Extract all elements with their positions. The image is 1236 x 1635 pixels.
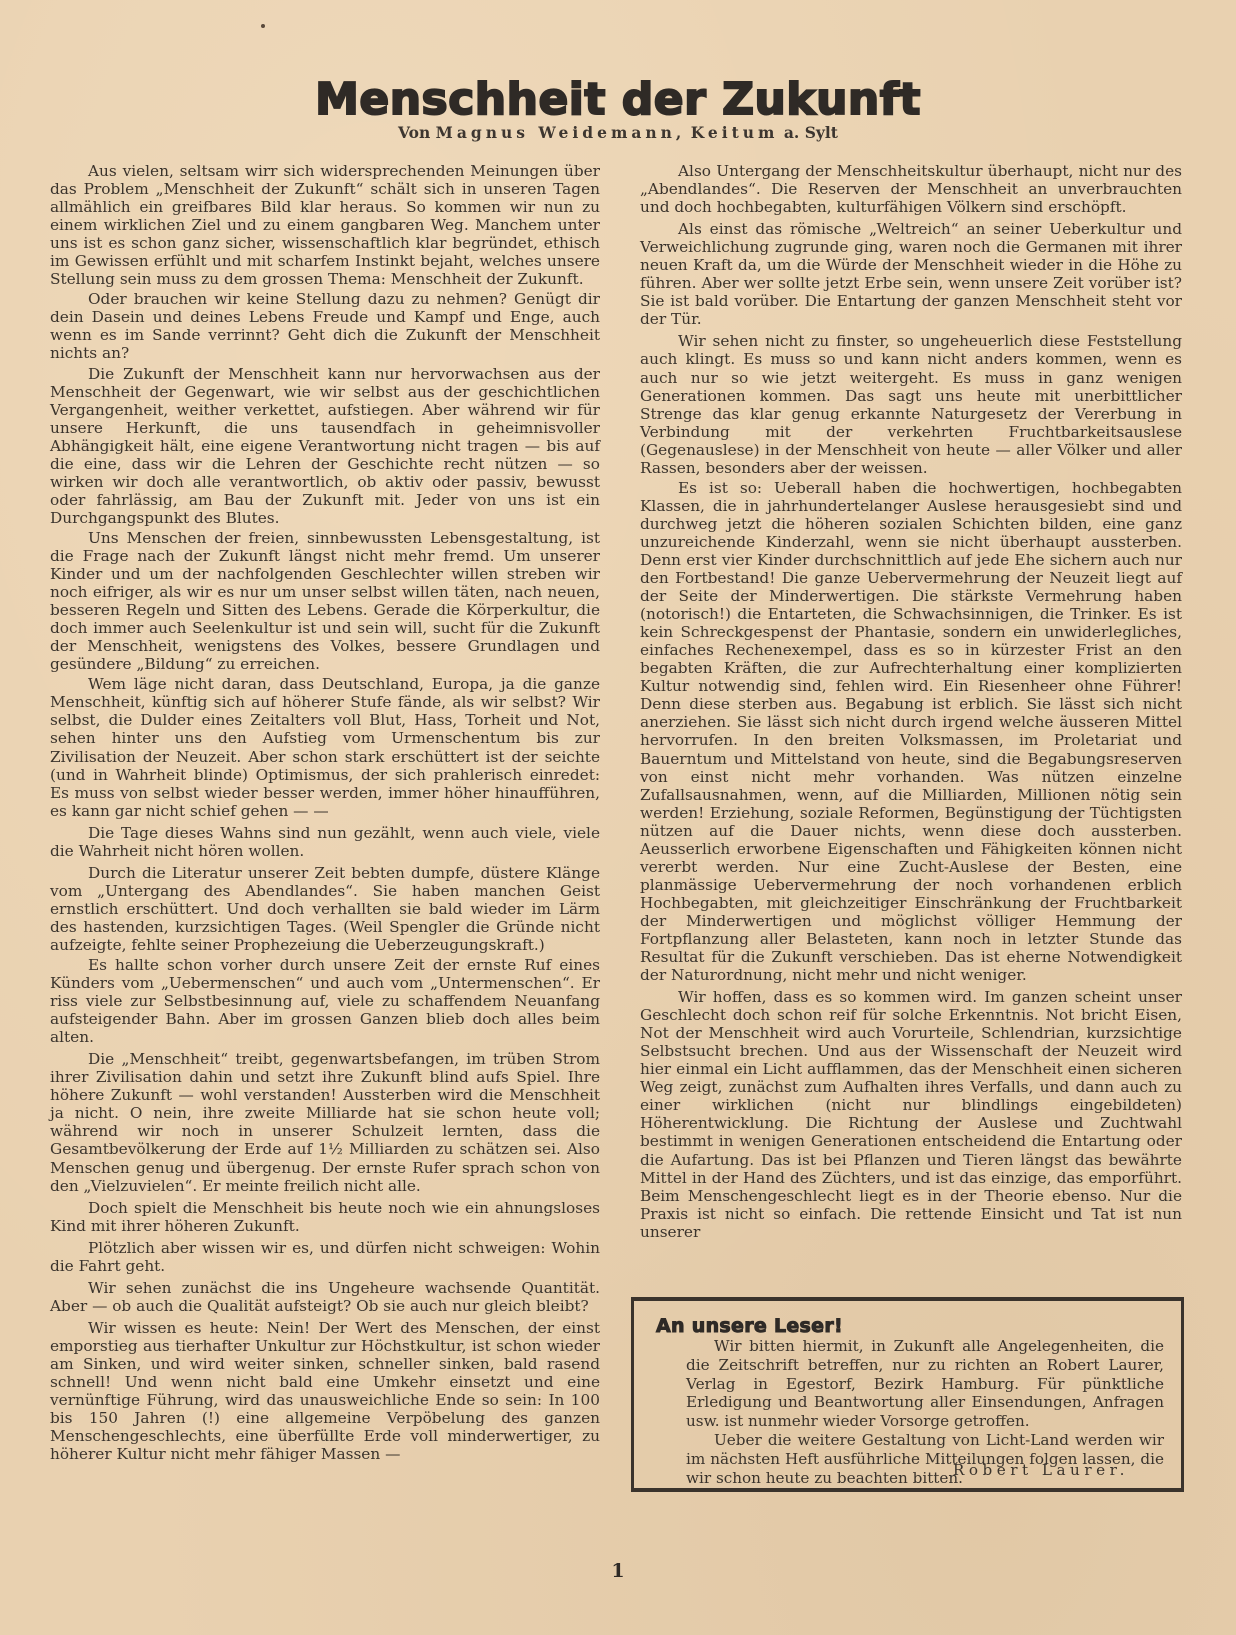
paragraph: Als einst das römische „Weltreich“ an se…	[640, 220, 1182, 328]
paragraph: Aus vielen, seltsam wirr sich widersprec…	[50, 162, 600, 288]
byline-location: Keitum	[691, 123, 779, 142]
article-column-left: Aus vielen, seltsam wirr sich widersprec…	[50, 162, 600, 1465]
paragraph: Wir sehen zunächst die ins Ungeheure wac…	[50, 1279, 600, 1315]
reader-notice-box: An unsere Leser! Wir bitten hiermit, in …	[631, 1297, 1184, 1492]
paragraph: Die Tage dieses Wahns sind nun gezählt, …	[50, 824, 600, 860]
notice-signature: Robert Laurer.	[953, 1461, 1129, 1479]
byline-location-rest: a. Sylt	[784, 123, 838, 142]
notice-title: An unsere Leser!	[656, 1315, 843, 1337]
paragraph: Wir wissen es heute: Nein! Der Wert des …	[50, 1319, 600, 1463]
paragraph: Wir hoffen, dass es so kommen wird. Im g…	[640, 988, 1182, 1241]
paragraph: Durch die Literatur unserer Zeit bebten …	[50, 864, 600, 954]
paragraph: Es hallte schon vorher durch unsere Zeit…	[50, 956, 600, 1046]
page-number: 1	[0, 1560, 1236, 1582]
paragraph: Es ist so: Ueberall haben die hochwertig…	[640, 479, 1182, 984]
paragraph: Wem läge nicht daran, dass Deutschland, …	[50, 675, 600, 819]
paragraph: Plötzlich aber wissen wir es, und dürfen…	[50, 1239, 600, 1275]
paragraph: Die „Menschheit“ treibt, gegenwartsbefan…	[50, 1050, 600, 1194]
byline-author: Magnus Weidemann,	[436, 123, 686, 142]
article-byline: Von Magnus Weidemann, Keitum a. Sylt	[0, 123, 1236, 142]
paragraph: Die Zukunft der Menschheit kann nur herv…	[50, 365, 600, 527]
paragraph: Doch spielt die Menschheit bis heute noc…	[50, 1199, 600, 1235]
byline-prefix: Von	[398, 123, 430, 142]
article-column-right: Also Untergang der Menschheitskultur übe…	[640, 162, 1182, 1243]
notice-paragraph: Wir bitten hiermit, in Zukunft alle Ange…	[686, 1337, 1164, 1431]
paragraph: Oder brauchen wir keine Stellung dazu zu…	[50, 290, 600, 362]
print-speck	[261, 24, 265, 28]
article-title: Menschheit der Zukunft	[0, 74, 1236, 125]
paragraph: Uns Menschen der freien, sinnbewussten L…	[50, 529, 600, 673]
paragraph: Also Untergang der Menschheitskultur übe…	[640, 162, 1182, 216]
paragraph: Wir sehen nicht zu finster, so ungeheuer…	[640, 332, 1182, 476]
magazine-page: Menschheit der Zukunft Von Magnus Weidem…	[0, 0, 1236, 1635]
